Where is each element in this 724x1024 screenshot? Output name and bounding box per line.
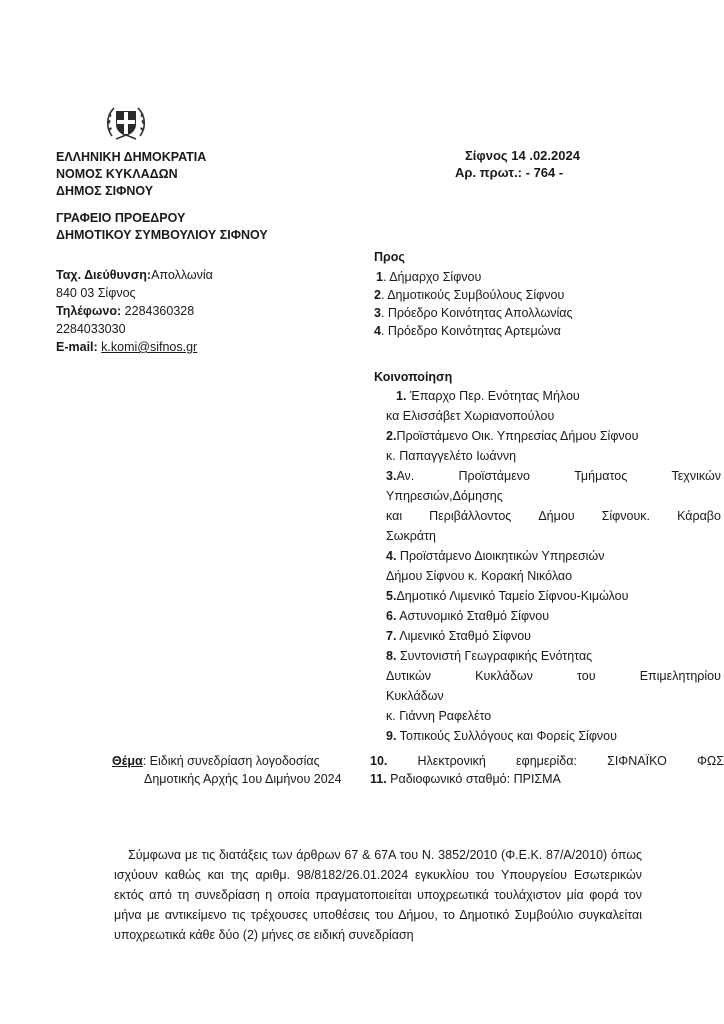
cc-text: Υπηρεσιών,Δόμησης bbox=[386, 486, 721, 506]
cc-list: 1. Έπαρχο Περ. Ενότητας Μήλου κα Ελισσάβ… bbox=[386, 386, 721, 746]
cc-number: 6. bbox=[386, 609, 396, 623]
cc-number: 8. bbox=[386, 649, 396, 663]
recipient-number: 3 bbox=[374, 306, 381, 320]
email-link[interactable]: k.komi@sifnos.gr bbox=[101, 340, 197, 354]
cc-text: Λιμενικό Σταθμό Σίφνου bbox=[396, 629, 531, 643]
cc-item: 8. Συντονιστή Γεωγραφικής Ενότητας bbox=[386, 646, 721, 666]
recipient-item: 3. Πρόεδρο Κοινότητας Απολλωνίας bbox=[374, 304, 573, 322]
office-heading: ΓΡΑΦΕΙΟ ΠΡΟΕΔΡΟΥ ΔΗΜΟΤΙΚΟΥ ΣΥΜΒΟΥΛΙΟΥ ΣΙ… bbox=[56, 210, 268, 244]
cc-text-line: Δυτικών Κυκλάδων του Επιμελητηρίου bbox=[386, 666, 721, 686]
recipient-number: 4 bbox=[374, 324, 381, 338]
cc-text: Σωκράτη bbox=[386, 526, 721, 546]
cc-text: κα Ελισσάβετ Χωριανοπούλου bbox=[386, 406, 721, 426]
postal-line: 840 03 Σίφνος bbox=[56, 284, 213, 302]
cc-word: ΣΙΦΝΑΪΚΟ bbox=[607, 752, 667, 770]
recipient-text: . Πρόεδρο Κοινότητας Αρτεμώνα bbox=[381, 324, 561, 338]
cc-word: Περιβάλλοντος bbox=[429, 506, 511, 526]
recipient-item: 1. Δήμαρχο Σίφνου bbox=[374, 268, 573, 286]
cc-word: εφημερίδα: bbox=[516, 752, 577, 770]
cc-text: Προϊστάμενο Οικ. Υπηρεσίας Δήμου Σίφνου bbox=[396, 429, 638, 443]
cc-word: Τεχνικών bbox=[671, 466, 721, 486]
subject-line-2: Δημοτικής Αρχής 1ου Διμήνου 2024 bbox=[112, 770, 342, 788]
phone-value: 2284360328 bbox=[121, 304, 194, 318]
recipient-number: 2 bbox=[374, 288, 381, 302]
cc-number: 10. bbox=[370, 752, 387, 770]
cc-item: 3.Αν. Προϊστάμενο Τμήματος Τεχνικών bbox=[386, 466, 721, 486]
office-line-1: ΓΡΑΦΕΙΟ ΠΡΟΕΔΡΟΥ bbox=[56, 210, 268, 227]
greek-coat-of-arms-icon bbox=[104, 102, 148, 146]
office-line-2: ΔΗΜΟΤΙΚΟΥ ΣΥΜΒΟΥΛΙΟΥ ΣΙΦΝΟΥ bbox=[56, 227, 268, 244]
cc-item: 6. Αστυνομικό Σταθμό Σίφνου bbox=[386, 606, 721, 626]
cc-number: 3. bbox=[386, 469, 396, 483]
letterhead: ΕΛΛΗΝΙΚΗ ΔΗΜΟΚΡΑΤΙΑ ΝΟΜΟΣ ΚΥΚΛΑΔΩΝ ΔΗΜΟΣ… bbox=[56, 149, 206, 200]
document-date: Σίφνος 14 .02.2024 bbox=[465, 147, 580, 164]
cc-number: 11. bbox=[370, 772, 387, 786]
country-name: ΕΛΛΗΝΙΚΗ ΔΗΜΟΚΡΑΤΙΑ bbox=[56, 149, 206, 166]
cc-text: Αστυνομικό Σταθμό Σίφνου bbox=[396, 609, 549, 623]
recipient-item: 2. Δημοτικούς Συμβούλους Σίφνου bbox=[374, 286, 573, 304]
recipient-item: 4. Πρόεδρο Κοινότητας Αρτεμώνα bbox=[374, 322, 573, 340]
contact-block: Ταχ. Διεύθυνση:Απολλωνία 840 03 Σίφνος Τ… bbox=[56, 266, 213, 356]
prefecture-name: ΝΟΜΟΣ ΚΥΚΛΑΔΩΝ bbox=[56, 166, 206, 183]
cc-text: Κυκλάδων bbox=[386, 686, 721, 706]
cc-number: 7. bbox=[386, 629, 396, 643]
subject-text: : Ειδική συνεδρίαση λογοδοσίας bbox=[143, 754, 320, 768]
cc-word: ΦΩΣ bbox=[697, 752, 724, 770]
recipient-text: . Δημοτικούς Συμβούλους Σίφνου bbox=[381, 288, 564, 302]
cc-word: Σίφνουκ. bbox=[602, 506, 650, 526]
recipient-text: . Δήμαρχο Σίφνου bbox=[383, 270, 481, 284]
cc-word: Τμήματος bbox=[574, 466, 627, 486]
cc-number: 2. bbox=[386, 429, 396, 443]
cc-word: Κυκλάδων bbox=[475, 666, 533, 686]
email-line: E-mail: k.komi@sifnos.gr bbox=[56, 338, 213, 356]
body-text: Σύμφωνα με τις διατάξεις των άρθρων 67 &… bbox=[114, 845, 642, 945]
cc-item: 9. Τοπικούς Συλλόγους και Φορείς Σίφνου bbox=[386, 726, 721, 746]
cc-text: Δήμου Σίφνου κ. Κορακή Νικόλαο bbox=[386, 566, 721, 586]
subject-label: Θέμα bbox=[112, 754, 143, 768]
recipients-title: Προς bbox=[374, 248, 573, 266]
cc-text: κ. Παπαγγελέτο Ιωάννη bbox=[386, 446, 721, 466]
cc-text-line: και Περιβάλλοντος Δήμου Σίφνουκ. Κάραβο bbox=[386, 506, 721, 526]
body-paragraph: Σύμφωνα με τις διατάξεις των άρθρων 67 &… bbox=[114, 845, 642, 945]
phone-line: Τηλέφωνο: 2284360328 bbox=[56, 302, 213, 320]
cc-item: 7. Λιμενικό Σταθμό Σίφνου bbox=[386, 626, 721, 646]
phone-label: Τηλέφωνο: bbox=[56, 304, 121, 318]
cc-item: 2.Προϊστάμενο Οικ. Υπηρεσίας Δήμου Σίφνο… bbox=[386, 426, 721, 446]
cc-item: 11. Ραδιοφωνικό σταθμό: ΠΡΙΣΜΑ bbox=[370, 770, 561, 788]
recipient-text: . Πρόεδρο Κοινότητας Απολλωνίας bbox=[381, 306, 573, 320]
subject-block: Θέμα: Ειδική συνεδρίαση λογοδοσίας Δημοτ… bbox=[112, 752, 342, 788]
cc-number: 5. bbox=[386, 589, 396, 603]
cc-text: Ραδιοφωνικό σταθμό: ΠΡΙΣΜΑ bbox=[387, 772, 561, 786]
cc-number: 4. bbox=[386, 549, 396, 563]
address-value: Απολλωνία bbox=[151, 268, 213, 282]
cc-word: του bbox=[577, 666, 596, 686]
cc-text: Έπαρχο Περ. Ενότητας Μήλου bbox=[406, 389, 579, 403]
address-line: Ταχ. Διεύθυνση:Απολλωνία bbox=[56, 266, 213, 284]
cc-number: 9. bbox=[386, 729, 396, 743]
email-label: E-mail: bbox=[56, 340, 98, 354]
cc-text: κ. Γιάννη Ραφελέτο bbox=[386, 706, 721, 726]
cc-title: Κοινοποίηση bbox=[374, 368, 452, 386]
cc-text: Τοπικούς Συλλόγους και Φορείς Σίφνου bbox=[396, 729, 617, 743]
cc-word: Κάραβο bbox=[677, 506, 721, 526]
subject-line-1: Θέμα: Ειδική συνεδρίαση λογοδοσίας bbox=[112, 752, 342, 770]
cc-number: 1. bbox=[396, 389, 406, 403]
cc-word: Δυτικών bbox=[386, 666, 431, 686]
protocol-number: Αρ. πρωτ.: - 764 - bbox=[455, 164, 580, 181]
cc-item: 1. Έπαρχο Περ. Ενότητας Μήλου bbox=[386, 386, 721, 406]
cc-word: και bbox=[386, 506, 402, 526]
cc-item: 10. Ηλεκτρονική εφημερίδα: ΣΙΦΝΑΪΚΟ ΦΩΣ bbox=[370, 752, 724, 770]
address-label: Ταχ. Διεύθυνση: bbox=[56, 268, 151, 282]
cc-word: Αν. bbox=[396, 469, 414, 483]
recipient-number: 1 bbox=[376, 270, 383, 284]
cc-word: Προϊστάμενο bbox=[458, 466, 530, 486]
phone-secondary: 2284033030 bbox=[56, 320, 213, 338]
cc-block: Κοινοποίηση 1. Έπαρχο Περ. Ενότητας Μήλο… bbox=[374, 368, 452, 386]
cc-word: Ηλεκτρονική bbox=[418, 752, 486, 770]
document-meta: Σίφνος 14 .02.2024 Αρ. πρωτ.: - 764 - bbox=[465, 147, 580, 181]
cc-text: Δημοτικό Λιμενικό Ταμείο Σίφνου-Κιμώλου bbox=[396, 589, 628, 603]
cc-word: Επιμελητηρίου bbox=[640, 666, 721, 686]
cc-word: Δήμου bbox=[538, 506, 574, 526]
municipality-name: ΔΗΜΟΣ ΣΙΦΝΟΥ bbox=[56, 183, 206, 200]
cc-text: Προϊστάμενο Διοικητικών Υπηρεσιών bbox=[396, 549, 604, 563]
cc-text: Συντονιστή Γεωγραφικής Ενότητας bbox=[396, 649, 592, 663]
cc-item: 5.Δημοτικό Λιμενικό Ταμείο Σίφνου-Κιμώλο… bbox=[386, 586, 721, 606]
cc-item: 4. Προϊστάμενο Διοικητικών Υπηρεσιών bbox=[386, 546, 721, 566]
recipients-block: Προς 1. Δήμαρχο Σίφνου 2. Δημοτικούς Συμ… bbox=[374, 248, 573, 340]
